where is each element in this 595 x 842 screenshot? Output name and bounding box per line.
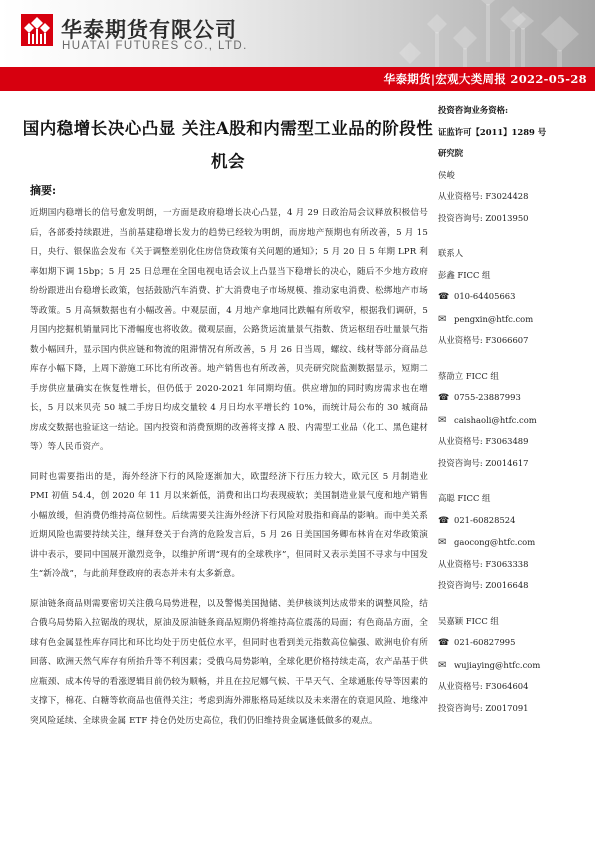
email-icon: ✉ (438, 309, 454, 331)
contacts-label: 联系人 (438, 243, 595, 265)
contact-practice-cert: 从业资格号: F3064604 (438, 676, 595, 698)
contact-email-row: ✉gaocong@htfc.com (438, 532, 595, 554)
abstract-label: 摘要: (30, 182, 56, 198)
qualification-label: 投资咨询业务资格: (438, 100, 595, 122)
abstract-paragraph: 原油链条商品则需要密切关注俄乌局势进程，以及警惕美国抛储、美伊核谈判达成带来的调… (30, 595, 428, 732)
contact-email[interactable]: caishaoli@htfc.com (454, 415, 537, 425)
lead-consult-cert: 投资咨询号: Z0013950 (438, 208, 595, 230)
phone-icon: ☎ (438, 633, 454, 655)
contact-phone-row: ☎021-60828524 (438, 510, 595, 533)
license-number: 证监许可【2011】1289 号 (438, 122, 595, 144)
company-name-en: HUATAI FUTURES CO., LTD. (62, 40, 248, 52)
lead-practice-cert: 从业资格号: F3024428 (438, 186, 595, 208)
contact-practice-cert: 从业资格号: F3063338 (438, 554, 595, 576)
contact-phone: 010-64405663 (454, 291, 515, 301)
contact-consult-cert: 投资咨询号: Z0014617 (438, 453, 595, 475)
report-band: 华泰期货|宏观大类周报 2022-05-28 (0, 67, 595, 91)
contact-consult-cert: 投资咨询号: Z0016648 (438, 575, 595, 597)
decorative-diamonds-icon (395, 0, 595, 67)
contact-email[interactable]: wujiaying@htfc.com (454, 660, 540, 670)
email-icon: ✉ (438, 410, 454, 432)
contact-phone: 021-60827995 (454, 637, 515, 647)
contact-name: 高聪 FICC 组 (438, 488, 595, 510)
phone-icon: ☎ (438, 388, 454, 410)
contact-phone: 021-60828524 (454, 515, 515, 525)
contact-name: 彭鑫 FICC 组 (438, 265, 595, 287)
page-title: 国内稳增长决心凸显 关注A股和内需型工业品的阶段性机会 (22, 112, 434, 178)
abstract-paragraph: 近期国内稳增长的信号愈发明朗，一方面是政府稳增长决心凸显，4 月 29 日政治局… (30, 204, 428, 458)
contact-consult-cert: 投资咨询号: Z0017091 (438, 698, 595, 720)
institute-label: 研究院 (438, 143, 595, 165)
contact-email[interactable]: pengxin@htfc.com (454, 314, 533, 324)
phone-icon: ☎ (438, 511, 454, 533)
contact-email-row: ✉wujiaying@htfc.com (438, 655, 595, 677)
report-series-date: 华泰期货|宏观大类周报 2022-05-28 (384, 71, 587, 87)
contact-name: 蔡劭立 FICC 组 (438, 366, 595, 388)
report-page: 华泰期货有限公司 HUATAI FUTURES CO., LTD. 华泰期货|宏… (0, 0, 595, 842)
contact-name: 吴嘉颖 FICC 组 (438, 611, 595, 633)
contact-phone-row: ☎010-64405663 (438, 286, 595, 309)
email-icon: ✉ (438, 532, 454, 554)
contact-email-row: ✉caishaoli@htfc.com (438, 410, 595, 432)
abstract-paragraph: 同时也需要指出的是，海外经济下行的风险逐渐加大，欧盟经济下行压力较大，欧元区 5… (30, 468, 428, 585)
phone-icon: ☎ (438, 287, 454, 309)
abstract-body: 近期国内稳增长的信号愈发明朗，一方面是政府稳增长决心凸显，4 月 29 日政治局… (30, 204, 428, 741)
lead-analyst-name: 侯峻 (438, 165, 595, 187)
contact-email-row: ✉pengxin@htfc.com (438, 309, 595, 331)
email-icon: ✉ (438, 655, 454, 677)
contact-practice-cert: 从业资格号: F3063489 (438, 431, 595, 453)
contact-practice-cert: 从业资格号: F3066607 (438, 330, 595, 352)
analyst-sidebar: 投资咨询业务资格: 证监许可【2011】1289 号 研究院 侯峻 从业资格号:… (438, 100, 595, 719)
contact-phone-row: ☎0755-23887993 (438, 387, 595, 410)
huatai-logo-icon (21, 14, 53, 46)
contact-email[interactable]: gaocong@htfc.com (454, 537, 535, 547)
page-header: 华泰期货有限公司 HUATAI FUTURES CO., LTD. (0, 0, 595, 67)
contact-phone: 0755-23887993 (454, 392, 521, 402)
contact-phone-row: ☎021-60827995 (438, 632, 595, 655)
